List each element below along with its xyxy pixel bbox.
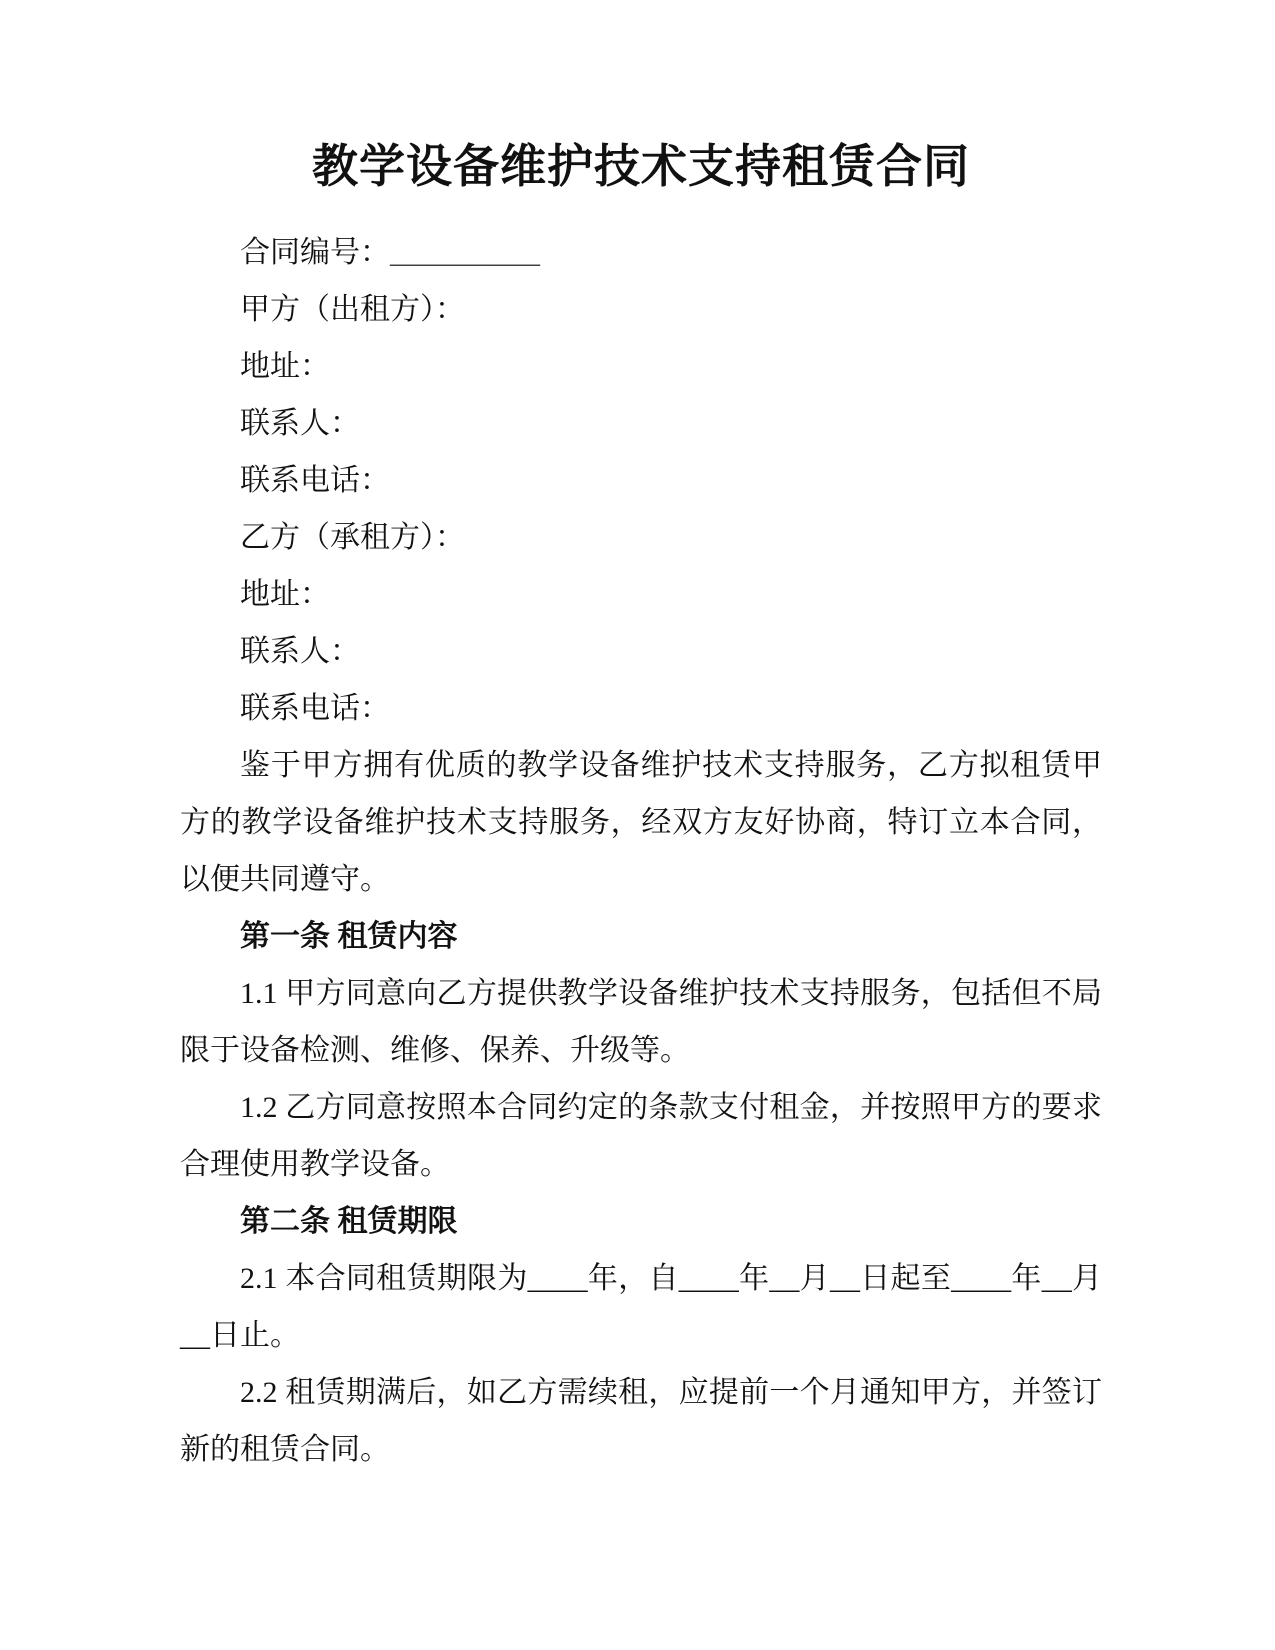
clause-2-1: 2.1 本合同租赁期限为____年，自____年__月__日起至____年__月…: [180, 1250, 1102, 1364]
section-2-heading: 第二条 租赁期限: [180, 1193, 1102, 1250]
document-title: 教学设备维护技术支持租赁合同: [180, 137, 1102, 197]
field-party-a-phone: 联系电话：: [180, 452, 1102, 509]
contract-number-label: 合同编号：: [240, 236, 390, 269]
field-party-b-phone: 联系电话：: [180, 680, 1102, 737]
section-1-heading: 第一条 租赁内容: [180, 908, 1102, 965]
field-party-a-address: 地址：: [180, 338, 1102, 395]
clause-2-2: 2.2 租赁期满后，如乙方需续租，应提前一个月通知甲方，并签订新的租赁合同。: [180, 1364, 1102, 1478]
preamble-paragraph: 鉴于甲方拥有优质的教学设备维护技术支持服务，乙方拟租赁甲方的教学设备维护技术支持…: [180, 737, 1102, 908]
document-page: 教学设备维护技术支持租赁合同 合同编号：__________ 甲方（出租方）： …: [0, 0, 1275, 1650]
field-party-b-contact-person: 联系人：: [180, 623, 1102, 680]
field-party-a: 甲方（出租方）：: [180, 281, 1102, 338]
field-party-a-contact-person: 联系人：: [180, 395, 1102, 452]
field-party-b: 乙方（承租方）：: [180, 509, 1102, 566]
document-body: 合同编号：__________ 甲方（出租方）： 地址： 联系人： 联系电话： …: [180, 224, 1102, 1478]
field-party-b-address: 地址：: [180, 566, 1102, 623]
contract-number-blank-line: __________: [390, 236, 540, 269]
field-contract-number: 合同编号：__________: [180, 224, 1102, 281]
clause-1-1: 1.1 甲方同意向乙方提供教学设备维护技术支持服务，包括但不局限于设备检测、维修…: [180, 965, 1102, 1079]
clause-1-2: 1.2 乙方同意按照本合同约定的条款支付租金，并按照甲方的要求合理使用教学设备。: [180, 1079, 1102, 1193]
